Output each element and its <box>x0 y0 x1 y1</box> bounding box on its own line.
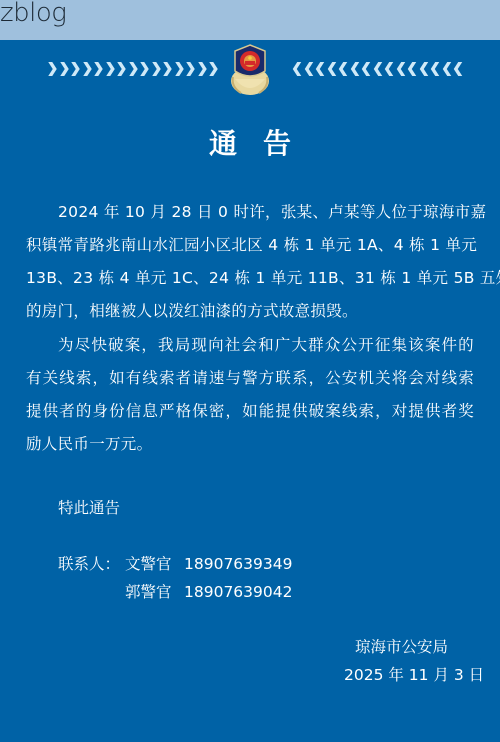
chevron-left-icon <box>419 61 430 77</box>
chevron-right-icon <box>128 61 139 77</box>
right-chevron-row <box>292 61 464 77</box>
police-emblem-icon <box>225 43 275 97</box>
chevron-left-icon <box>315 61 326 77</box>
contacts-label: 联系人： <box>58 553 120 575</box>
paragraph-1-line-2: 积镇常青路兆南山水汇园小区北区 4 栋 1 单元 1A、4 栋 1 单元 <box>26 234 474 256</box>
chevron-right-icon <box>116 61 127 77</box>
chevron-right-icon <box>162 61 173 77</box>
chevron-left-icon <box>384 61 395 77</box>
site-name[interactable]: zblog <box>0 0 66 28</box>
chevron-right-icon <box>208 61 219 77</box>
chevron-left-icon <box>338 61 349 77</box>
chevron-right-icon <box>185 61 196 77</box>
paragraph-1-line-1: 2024 年 10 月 28 日 0 时许，张某、卢某等人位于琼海市嘉 <box>58 201 474 223</box>
chevron-left-icon <box>292 61 303 77</box>
contact-2-name: 郭警官 <box>125 581 172 603</box>
contact-1-name: 文警官 <box>125 553 172 575</box>
closing-text: 特此通告 <box>58 497 120 519</box>
paragraph-2-line-4: 励人民币一万元。 <box>26 433 474 455</box>
banner <box>0 40 500 110</box>
chevron-left-icon <box>396 61 407 77</box>
chevron-left-icon <box>430 61 441 77</box>
chevron-left-icon <box>327 61 338 77</box>
paragraph-2-line-2: 有关线索，如有线索者请速与警方联系，公安机关将会对线索 <box>26 367 474 389</box>
contact-2-phone[interactable]: 18907639042 <box>184 581 292 603</box>
chevron-left-icon <box>304 61 315 77</box>
paragraph-2-line-1: 为尽快破案，我局现向社会和广大群众公开征集该案件的 <box>58 334 474 356</box>
chevron-right-icon <box>47 61 58 77</box>
left-chevron-row <box>47 61 219 77</box>
chevron-right-icon <box>197 61 208 77</box>
chevron-right-icon <box>82 61 93 77</box>
chevron-left-icon <box>361 61 372 77</box>
paragraph-2-line-3: 提供者的身份信息严格保密，如能提供破案线索，对提供者奖 <box>26 400 474 422</box>
paragraph-1-line-4: 的房门，相继被人以泼红油漆的方式故意损毁。 <box>26 300 474 322</box>
chevron-left-icon <box>373 61 384 77</box>
site-header-bar: zblog <box>0 0 500 40</box>
chevron-right-icon <box>70 61 81 77</box>
issue-date: 2025 年 11 月 3 日 <box>344 664 484 686</box>
chevron-right-icon <box>151 61 162 77</box>
paragraph-1-line-3: 13B、23 栋 4 单元 1C、24 栋 1 单元 11B、31 栋 1 单元… <box>26 267 474 289</box>
chevron-right-icon <box>139 61 150 77</box>
chevron-right-icon <box>59 61 70 77</box>
notice-poster: 通告 2024 年 10 月 28 日 0 时许，张某、卢某等人位于琼海市嘉 积… <box>0 40 500 742</box>
chevron-left-icon <box>442 61 453 77</box>
chevron-left-icon <box>350 61 361 77</box>
chevron-left-icon <box>453 61 464 77</box>
chevron-left-icon <box>407 61 418 77</box>
chevron-right-icon <box>105 61 116 77</box>
notice-title: 通告 <box>0 122 500 162</box>
chevron-right-icon <box>174 61 185 77</box>
contact-1-phone[interactable]: 18907639349 <box>184 553 292 575</box>
issuer-name: 琼海市公安局 <box>355 636 448 658</box>
chevron-right-icon <box>93 61 104 77</box>
